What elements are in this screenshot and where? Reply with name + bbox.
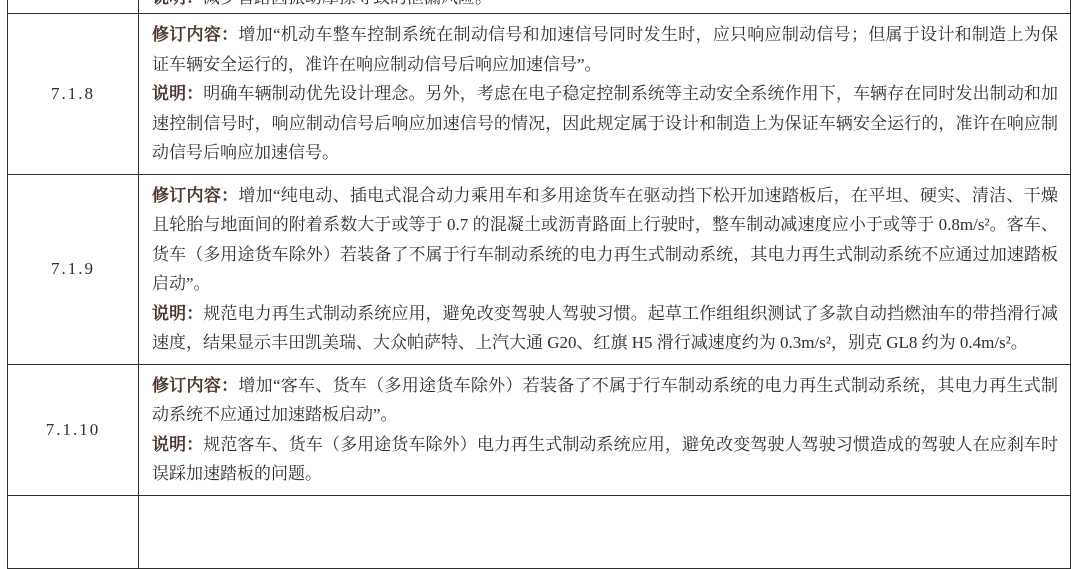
section-number-cell-empty xyxy=(8,495,139,530)
explanation-paragraph: 说明：明确车辆制动优先设计理念。另外，考虑在电子稳定控制系统等主动安全系统作用下… xyxy=(152,79,1058,168)
revision-content-paragraph: 修订内容：增加“纯电动、插电式混合动力乘用车和多用途货车在驱动挡下松开加速踏板后… xyxy=(152,181,1058,299)
paragraph-text: 增加“客车、货车（多用途货车除外）若装备了不属于行车制动系统的电力再生式制动系统… xyxy=(152,376,1058,425)
table-row-7-1-8: 7.1.8 修订内容：增加“机动车整车控制系统在制动信号和加速信号同时发生时，应… xyxy=(8,14,1071,175)
content-cell: 修订内容：增加“机动车整车控制系统在制动信号和加速信号同时发生时，应只响应制动信… xyxy=(139,14,1071,175)
content-cell-partial-bottom xyxy=(139,495,1071,530)
revision-table: 说明：减少管路因振动摩擦导致的泄漏风险。 7.1.8 修订内容：增加“机动车整车… xyxy=(7,0,1071,530)
explanation-paragraph: 说明：减少管路因振动摩擦导致的泄漏风险。 xyxy=(152,0,1058,12)
paragraph-label: 修订内容： xyxy=(152,25,238,44)
explanation-paragraph: 说明：规范电力再生式制动系统应用，避免改变驾驶人驾驶习惯。起草工作组组织测试了多… xyxy=(152,299,1058,358)
section-number: 7.1.9 xyxy=(8,174,139,364)
paragraph-label: 说明： xyxy=(152,0,203,7)
content-cell: 修订内容：增加“客车、货车（多用途货车除外）若装备了不属于行车制动系统的电力再生… xyxy=(139,364,1071,495)
standard-revision-document: 说明：减少管路因振动摩擦导致的泄漏风险。 7.1.8 修订内容：增加“机动车整车… xyxy=(7,0,1071,530)
explanation-paragraph: 说明：规范客车、货车（多用途货车除外）电力再生式制动系统应用，避免改变驾驶人驾驶… xyxy=(152,430,1058,489)
revision-content-paragraph: 修订内容：增加“机动车整车控制系统在制动信号和加速信号同时发生时，应只响应制动信… xyxy=(152,20,1058,79)
content-cell-partial-top: 说明：减少管路因振动摩擦导致的泄漏风险。 xyxy=(139,0,1071,14)
paragraph-text: 规范客车、货车（多用途货车除外）电力再生式制动系统应用，避免改变驾驶人驾驶习惯造… xyxy=(152,435,1058,484)
paragraph-text: 明确车辆制动优先设计理念。另外，考虑在电子稳定控制系统等主动安全系统作用下，车辆… xyxy=(152,84,1058,162)
paragraph-label: 修订内容： xyxy=(152,376,238,395)
section-number-cell-empty xyxy=(8,0,139,14)
paragraph-label: 说明： xyxy=(152,304,203,323)
content-cell: 修订内容：增加“纯电动、插电式混合动力乘用车和多用途货车在驱动挡下松开加速踏板后… xyxy=(139,174,1071,364)
paragraph-text: 减少管路因振动摩擦导致的泄漏风险。 xyxy=(203,0,492,7)
paragraph-label: 修订内容： xyxy=(152,186,238,205)
paragraph-text: 规范电力再生式制动系统应用，避免改变驾驶人驾驶习惯。起草工作组组织测试了多款自动… xyxy=(152,304,1058,353)
table-row-partial-top: 说明：减少管路因振动摩擦导致的泄漏风险。 xyxy=(8,0,1071,14)
table-row-partial-bottom xyxy=(8,495,1071,530)
paragraph-label: 说明： xyxy=(152,435,203,454)
table-row-7-1-10: 7.1.10 修订内容：增加“客车、货车（多用途货车除外）若装备了不属于行车制动… xyxy=(8,364,1071,495)
paragraph-label: 说明： xyxy=(152,84,203,103)
section-number: 7.1.10 xyxy=(8,364,139,495)
section-number: 7.1.8 xyxy=(8,14,139,175)
paragraph-text: 增加“机动车整车控制系统在制动信号和加速信号同时发生时，应只响应制动信号；但属于… xyxy=(152,25,1058,74)
paragraph-text: 增加“纯电动、插电式混合动力乘用车和多用途货车在驱动挡下松开加速踏板后，在平坦、… xyxy=(152,186,1058,294)
revision-content-paragraph: 修订内容：增加“客车、货车（多用途货车除外）若装备了不属于行车制动系统的电力再生… xyxy=(152,371,1058,430)
table-row-7-1-9: 7.1.9 修订内容：增加“纯电动、插电式混合动力乘用车和多用途货车在驱动挡下松… xyxy=(8,174,1071,364)
